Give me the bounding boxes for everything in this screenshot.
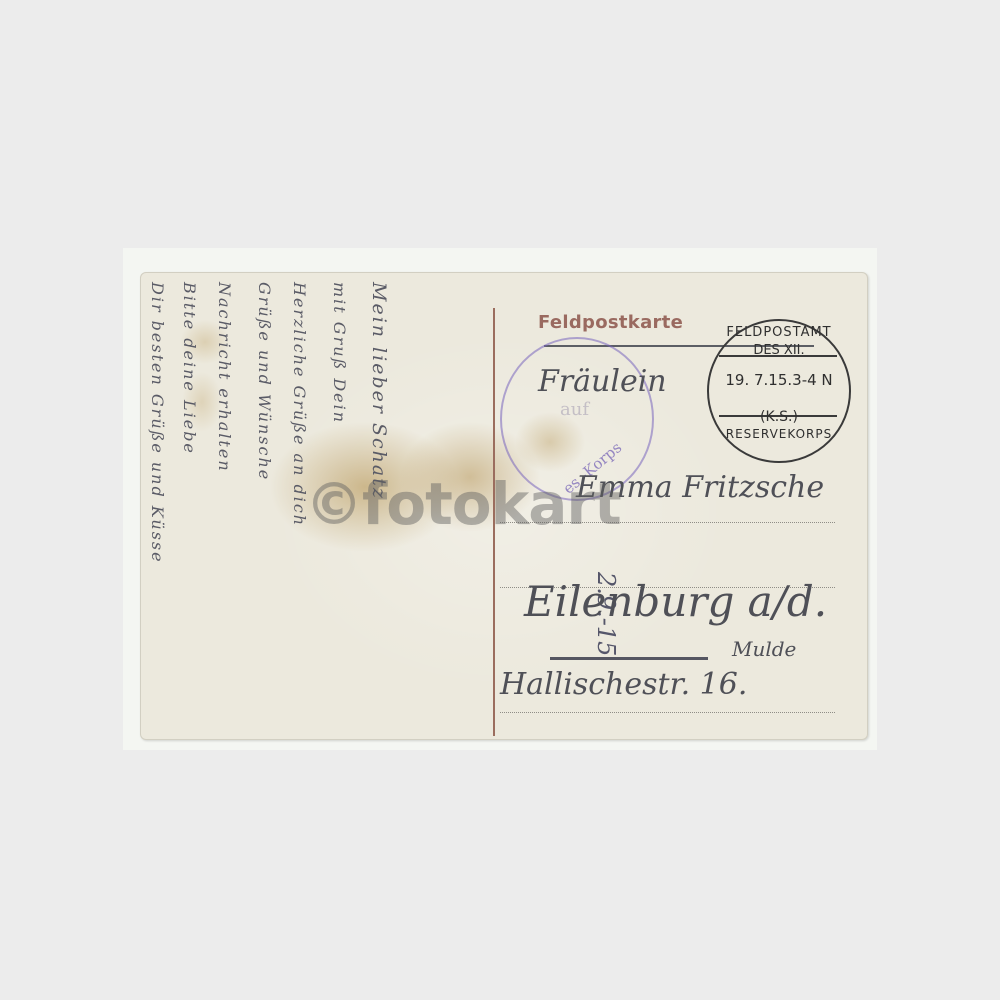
postmark-date: 19. 7.15.3-4 N <box>709 371 849 389</box>
message-line: Grüße und Wünsche <box>255 282 274 732</box>
cachet-text: auf <box>560 399 589 420</box>
postmark-stamp: FELDPOSTAMT DES XII. 19. 7.15.3-4 N (K.S… <box>707 319 851 463</box>
message-line: Dir besten Grüße und Küsse <box>148 282 167 732</box>
postmark-office: FELDPOSTAMT <box>709 325 849 340</box>
card-heading: Feldpostkarte <box>538 312 683 333</box>
postmark-ks: (K.S.) <box>709 409 849 425</box>
watermark: ©fotokart <box>305 470 621 538</box>
address-line <box>500 712 835 713</box>
postmark-corps: DES XII. <box>709 343 849 358</box>
postmark-reservekorps: RESERVEKORPS <box>709 427 849 441</box>
address-city: Eilenburg a/d. <box>524 577 827 626</box>
message-line: Bitte deine Liebe <box>180 282 199 732</box>
address-salutation: Fräulein <box>538 364 667 399</box>
address-river: Mulde <box>732 637 796 661</box>
address-street: Hallischestr. 16. <box>500 667 747 702</box>
city-underline <box>550 657 708 660</box>
message-line: Nachricht erhalten <box>215 282 234 732</box>
